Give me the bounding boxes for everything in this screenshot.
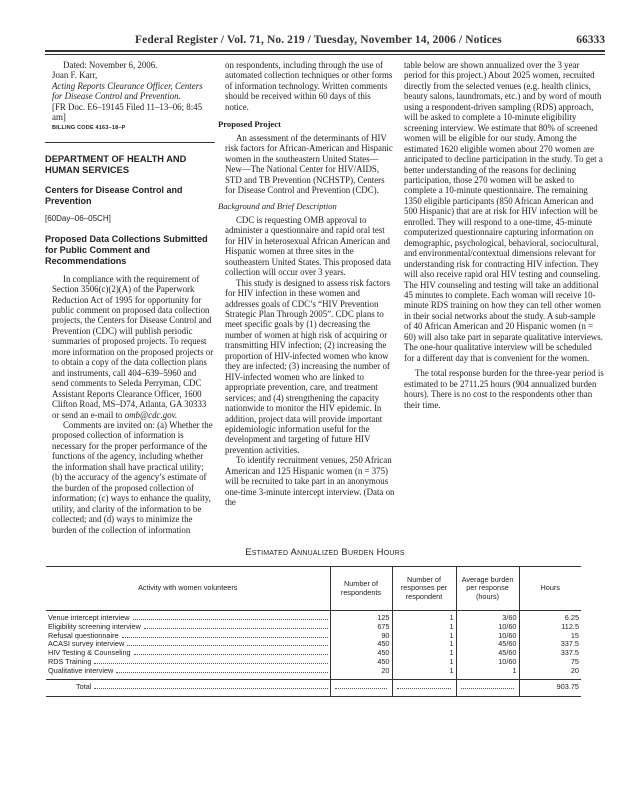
leader-dots	[122, 632, 328, 638]
cell-empty	[392, 679, 456, 696]
agency-heading: DEPARTMENT OF HEALTH AND HUMAN SERVICES	[45, 154, 214, 176]
cell-total-label: Total	[46, 679, 330, 696]
column-2: on respondents, including through the us…	[225, 60, 395, 508]
leader-dots	[94, 658, 327, 664]
column-header-hours: Hours	[519, 567, 581, 611]
header-rule-thin	[45, 54, 605, 55]
signer-title: Acting Reports Clearance Officer, Center…	[52, 81, 214, 102]
paragraph-continued: on respondents, including through the us…	[225, 60, 395, 112]
document-title: Proposed Data Collections Submitted for …	[45, 234, 214, 267]
running-header: Federal Register / Vol. 71, No. 219 / Tu…	[45, 34, 605, 48]
dated-line: Dated: November 6, 2006.	[52, 60, 214, 70]
table-row: Venue intercept interview 125 1 3/60 6.2…	[46, 611, 581, 623]
leader-dots	[397, 683, 450, 689]
paragraph-comments: Comments are invited on: (a) Whether the…	[52, 420, 214, 535]
leader-dots	[127, 640, 327, 646]
cell-respondents: 125	[330, 611, 392, 623]
cell-burden: 1	[456, 667, 519, 679]
column-1: Dated: November 6, 2006. Joan F. Karr, A…	[52, 60, 214, 535]
cell-respondents: 20	[330, 667, 392, 679]
table-header-row: Activity with women volunteers Number of…	[46, 567, 581, 611]
cell-responses: 1	[392, 611, 456, 623]
paragraph-continued: table below are shown annualized over th…	[404, 60, 604, 363]
cell-burden: 10/60	[456, 658, 519, 667]
section-divider	[45, 142, 215, 143]
table-row: Qualitative interview 20 1 1 20	[46, 667, 581, 679]
cell-hours: 6.25	[519, 611, 581, 623]
contact-email-link[interactable]: omb@cdc.gov.	[125, 410, 177, 420]
column-header-activity: Activity with women volunteers	[46, 567, 330, 611]
leader-dots	[134, 649, 328, 655]
cell-responses: 1	[392, 658, 456, 667]
cell-responses: 1	[392, 640, 456, 649]
header-title: Federal Register / Vol. 71, No. 219 / Tu…	[135, 34, 502, 46]
cell-burden: 3/60	[456, 611, 519, 623]
background-paragraph-2: This study is designed to assess risk fa…	[225, 278, 395, 456]
column-header-burden: Average burden per response (hours)	[456, 567, 519, 611]
billing-code: BILLING CODE 4163–18–P	[52, 123, 214, 133]
docket-number: [60Day–06–05CH]	[45, 214, 214, 224]
cell-responses: 1	[392, 632, 456, 641]
signer-name: Joan F. Karr,	[52, 70, 214, 80]
activity-label: Qualitative interview	[48, 667, 113, 676]
cell-empty	[330, 679, 392, 696]
paragraph-compliance: In compliance with the requirement of Se…	[52, 274, 214, 420]
project-description: An assessment of the determinants of HIV…	[225, 133, 395, 196]
leader-dots	[94, 683, 327, 689]
background-heading: Background and Brief Description	[218, 201, 395, 211]
cell-responses: 1	[392, 667, 456, 679]
sub-agency-heading: Centers for Disease Control and Preventi…	[45, 185, 214, 207]
cell-responses: 1	[392, 649, 456, 658]
cell-responses: 1	[392, 623, 456, 632]
leader-dots	[461, 683, 513, 689]
header-rule	[45, 50, 605, 52]
leader-dots	[144, 623, 328, 629]
cell-activity: Venue intercept interview	[46, 611, 330, 623]
column-header-respondents: Number of respondents	[330, 567, 392, 611]
paragraph-total-burden: The total response burden for the three-…	[404, 368, 604, 410]
paragraph-compliance-text: In compliance with the requirement of Se…	[52, 274, 213, 420]
table-title: Estimated Annualized Burden Hours	[45, 547, 605, 558]
table-row: RDS Training 450 1 10/60 75	[46, 658, 581, 667]
column-3: table below are shown annualized over th…	[404, 60, 604, 410]
cell-activity: Qualitative interview	[46, 667, 330, 679]
burden-hours-table: Activity with women volunteers Number of…	[46, 566, 581, 697]
table-total-row: Total 903.75	[46, 679, 581, 696]
leader-dots	[116, 667, 327, 673]
cell-total-hours: 903.75	[519, 679, 581, 696]
page-number: 66333	[576, 34, 605, 46]
background-paragraph-3: To identify recruitment venues, 250 Afri…	[225, 455, 395, 507]
fr-doc-line: [FR Doc. E6–19145 Filed 11–13–06; 8:45 a…	[52, 102, 214, 123]
leader-dots	[335, 683, 386, 689]
total-label: Total	[76, 683, 91, 692]
leader-dots	[133, 614, 328, 620]
cell-hours: 20	[519, 667, 581, 679]
proposed-project-heading: Proposed Project	[218, 119, 395, 129]
column-header-responses: Number of responses per respondent	[392, 567, 456, 611]
cell-empty	[456, 679, 519, 696]
background-paragraph-1: CDC is requesting OMB approval to admini…	[225, 215, 395, 278]
